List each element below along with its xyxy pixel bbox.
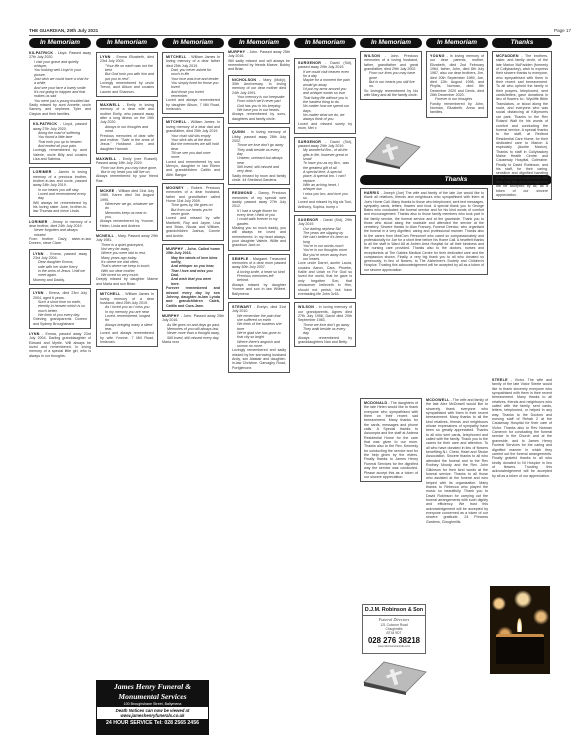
notice-verse: "Your life on earth was not the best But… <box>100 64 154 81</box>
section-banner: In Memoriam <box>29 38 91 48</box>
notice-verse: If we could visit heaven even for a day … <box>298 70 352 122</box>
notice-signoff: Always remembered by sons, daughters and… <box>232 112 286 121</box>
notice-verse: Along the road of suffering You found a … <box>33 131 87 148</box>
robinson-advert: D.J.M. Robinson & Son Funeral Directors … <box>362 604 426 654</box>
notice-mckee: MCKEE - William died 31st July 1989, Kar… <box>96 186 158 231</box>
header-rule <box>29 35 560 36</box>
notice-signoff: Fondly remembered by John, Norman, Eliza… <box>430 102 484 115</box>
notice-verse: There is a quiet graveyard, Not very far… <box>96 243 158 278</box>
notice-lorimer: LORIMER - James In loving memory of a pr… <box>29 167 91 216</box>
column-6: WILSON - John. Precious memories of a lo… <box>360 51 422 103</box>
notice-signoff: Mummy and Daddy. <box>33 278 87 282</box>
notice-mitchell: MITCHELL - William James In loving memor… <box>96 289 158 347</box>
notice-signoff: Still sadly missed and will always be re… <box>228 59 290 72</box>
publication-header: THE GUARDIAN, 29th July 2021 <box>29 28 98 33</box>
notice-wilson: WILSON - In loving memory of our grandpa… <box>294 302 356 347</box>
notice-murphy: MURPHY - John. Passed away 25th July 201… <box>228 50 290 72</box>
notice-murphy: MURPHY - John. Called home 25th July 201… <box>162 244 224 311</box>
notice-signoff: Precious memories of dear wife and mothe… <box>100 134 154 151</box>
notice-text: - Emma, passed away 23rd July 2004. Darl… <box>29 332 91 358</box>
notice-verse: My wonderful Bro., of all the gifts in l… <box>298 148 352 200</box>
notice-verse: Dad, you never asked for much in life Yo… <box>166 68 220 98</box>
notice-signoff: Grieving grandparents Doreen and Sydney … <box>33 317 87 326</box>
notice-verse: Always in our thoughts and mind. <box>100 125 154 134</box>
candle-photo <box>490 586 550 674</box>
notice-kilpatrick: KILPATRICK - Lloyd. Passed away 27th Jul… <box>29 51 91 116</box>
notice-mcdonald: MCDONALD - The daughters of the late Hel… <box>360 398 422 482</box>
notice-signoff: Always remembered by your friend Rae. <box>96 174 158 183</box>
notice-wilson: WILSON - John. Precious memories of a lo… <box>360 51 422 100</box>
notice-harris: HARRIS - Joseph (Joe) The wife and famil… <box>360 188 488 275</box>
notice-signoff: Love uncle Darrel, auntie Laura, cousins… <box>298 261 352 296</box>
notice-kilpatrick: KILPATRICK - Lloyd, passed away 27th Jul… <box>29 119 91 164</box>
bible-icon <box>362 133 422 169</box>
notice-verse: As I loved you so I miss you In my memor… <box>100 305 154 331</box>
notice-verse: From our lives you may have gone, But in… <box>96 166 158 175</box>
section-banner: In Memoriam <box>228 38 290 48</box>
notice-signoff: Loved and missed by big sis Toni, Anthon… <box>298 200 352 209</box>
notice-signoff: Loved and missed sorely by mum, Mel x <box>298 122 352 131</box>
notice-verse: Your chair still sits empty Your stick s… <box>166 134 220 160</box>
column-7: YOUNG - In loving memory of our dear par… <box>426 51 488 121</box>
notice-lynn: LYNN - Emma Elizabeth, died 23rd July 20… <box>96 52 158 97</box>
column-1: KILPATRICK - Lloyd. Passed away 27th Jul… <box>29 51 91 361</box>
section-banner: Thanks <box>492 38 552 48</box>
notice-verse: As life goes on and days go past, Memori… <box>162 323 224 340</box>
notice-verse: Never forgotten and always missed. <box>29 228 91 237</box>
notice-lynn: LYNN - Emma, passed away 23rd July 2004.… <box>29 332 91 358</box>
notice-mitchell: MITCHELL - William James. In loving memo… <box>162 117 224 179</box>
notice-verse: From our lives you may have gone But in … <box>364 71 418 88</box>
section-banner: In Memoriam <box>360 38 422 48</box>
notice-murphy: MURPHY - John. Passed away 25th July 201… <box>162 314 224 344</box>
notice-mitchell: MITCHELL - William James In loving memor… <box>162 52 224 114</box>
notice-verse: Wherever we go, whatever we do Memories … <box>100 202 154 219</box>
notice-signoff: Always remembered by granddaughters Nan … <box>298 336 352 345</box>
notice-text: - In loving memory of our dear parents, … <box>430 54 484 97</box>
notice-signoff: Loved and missed by wife Maribeth, Roy a… <box>166 216 220 238</box>
notice-signoff: Deeply missed by daughter Maeve and Mari… <box>96 277 158 286</box>
notice-maxwell: MAXWELL - Emily (nee Russell). Passed aw… <box>96 157 158 183</box>
notice-mcneill: MCNEILL - Mary. Passed away 29th July 19… <box>96 234 158 286</box>
advert-phone: 24 HOUR SERVICE Tel: 028 2565 2456 <box>97 719 208 726</box>
notice-verse: In our hearts you will stay Loved and re… <box>33 188 87 201</box>
notice-lynn: LYNN - Emma, died 23rd July 2004, aged 6… <box>29 288 91 329</box>
notice-verse: Such a short time on earth, eternity in … <box>33 300 87 317</box>
notice-verse: A loving smile, a heart so kind Precious… <box>232 270 286 283</box>
notice-signoff: Lovingly remembered and sadly missed by … <box>232 348 286 370</box>
notice-young: YOUNG - In loving memory of our dear par… <box>426 51 488 118</box>
column-5: SURGENOR - David (Sid), passed away 29th… <box>294 58 356 350</box>
notice-verse: Those we love don't go away They walk be… <box>232 143 286 173</box>
notice-verse: We remember the pain that she suffered o… <box>232 314 286 349</box>
notice-signoff: Lovingly remembered by uncle Trevor, aun… <box>100 81 154 94</box>
notice-semple: SEMPLE - Margaret. Treasured memories of… <box>228 254 290 299</box>
section-banner: In Memoriam <box>96 38 158 48</box>
notice-signoff: Always missed by daughter Yvonne and son… <box>232 283 286 296</box>
page-number: Page 17 <box>554 28 571 33</box>
notice-signoff: Loved and always remembered by daughter … <box>166 98 220 111</box>
notice-signoff: So lovingly remembered by his wife Mary … <box>364 89 418 98</box>
notice-stewart: STEWART - Evelyn, died 31st July 2010.We… <box>228 302 290 373</box>
notice-surgenor: SURGENOR - David (Sid), passed away 29th… <box>294 58 356 134</box>
notice-verse: I visit your grave and quietly whisper, … <box>29 60 91 103</box>
section-banner: In Memoriam <box>426 38 488 48</box>
notice-surgenor: SURGENOR - David (Sid), passed away 29th… <box>294 137 356 213</box>
notice-verse: Our darling nephew Sid The years are sli… <box>298 227 352 262</box>
notice-verse: May the winds of love blow softly, And w… <box>166 256 220 286</box>
advert-website-link[interactable]: www.jameshenryfunerals.co.uk <box>97 713 208 718</box>
notice-signoff: Sadly missed by aunt Annette, uncle Samm… <box>29 103 91 116</box>
notice-signoff: Loved and remembered by son Mervyn, daug… <box>166 160 220 177</box>
notice-signoff: From brother Davy, sister-in-law Doreen,… <box>29 237 91 246</box>
column-4: MURPHY - John. Passed away 25th July 201… <box>228 50 290 376</box>
notice-signoff: Loved and always remembered by wife Yvon… <box>100 331 154 344</box>
notice-verse: Dear daughter Emma, safe with her sister… <box>33 260 87 277</box>
advert-website-link[interactable]: www.robinsonsfunerals.com <box>363 645 425 648</box>
james-henry-advert: James Henry Funeral & Monumental Service… <box>96 680 209 735</box>
notice-lorimer: LORIMER - Jimmy. In memory of a dear bro… <box>29 220 91 246</box>
notice-nicholson: NICHOLSON - Mary (Molly), 30th Anniversa… <box>228 75 290 124</box>
notice-redmond: REDMOND - Danny. Precious memories of my… <box>228 188 290 250</box>
column-2: LYNN - Emma Elizabeth, died 23rd July 20… <box>96 52 158 350</box>
notice-signoff: Lovingly remembered by aunt Valerie, unc… <box>33 148 87 161</box>
notice-mooney: MOONEY - Robert. Precious memories of a … <box>162 183 224 241</box>
notice-signoff: Always remembered by Yvonne, Helen, Lind… <box>100 219 154 228</box>
notice-signoff: Maria xxxx <box>162 340 224 344</box>
notice-mcdowell: MCDOWELL - The wife and family of the la… <box>426 398 488 524</box>
section-banner: In Memoriam <box>162 38 224 48</box>
notice-signoff: Will always be remembered by his loving … <box>33 201 87 214</box>
notice-verse: Your memory is our keepsake From which w… <box>232 95 286 112</box>
notice-verse: Those we love don't go away They walk be… <box>298 323 352 336</box>
notice-quinn: QUINN - In loving memory of Libby, passe… <box>228 127 290 185</box>
bible-icon <box>362 660 428 696</box>
notice-signoff: Forever remembered and missed every day … <box>166 286 220 308</box>
notice-lynn: LYNN - Emma, passed away 23rd July 2004.… <box>29 249 91 285</box>
notice-sugenor: SUGENOR - David (Sid), 29th July 2019.Ou… <box>294 215 356 299</box>
column-3: MITCHELL - William James In loving memor… <box>162 52 224 347</box>
notice-verse: Time goes by, life goes on But from our … <box>166 203 220 216</box>
notice-verse: If I had a single flower for every time … <box>232 209 286 226</box>
notice-signoff: Missing you so much daddy, you will alwa… <box>232 226 286 248</box>
section-banner: In Memoriam <box>294 38 356 48</box>
notice-steele: STEELE - Victor. The wife and family of … <box>492 378 552 478</box>
notice-signoff: Sadly missed by mum and family circle. 4… <box>232 174 286 183</box>
notice-maxwell: MAXWELL - Emily. In loving memory of a d… <box>96 100 158 154</box>
notice-mcfadden: MCFADDEN - The brothers, sister, and fam… <box>492 51 552 200</box>
